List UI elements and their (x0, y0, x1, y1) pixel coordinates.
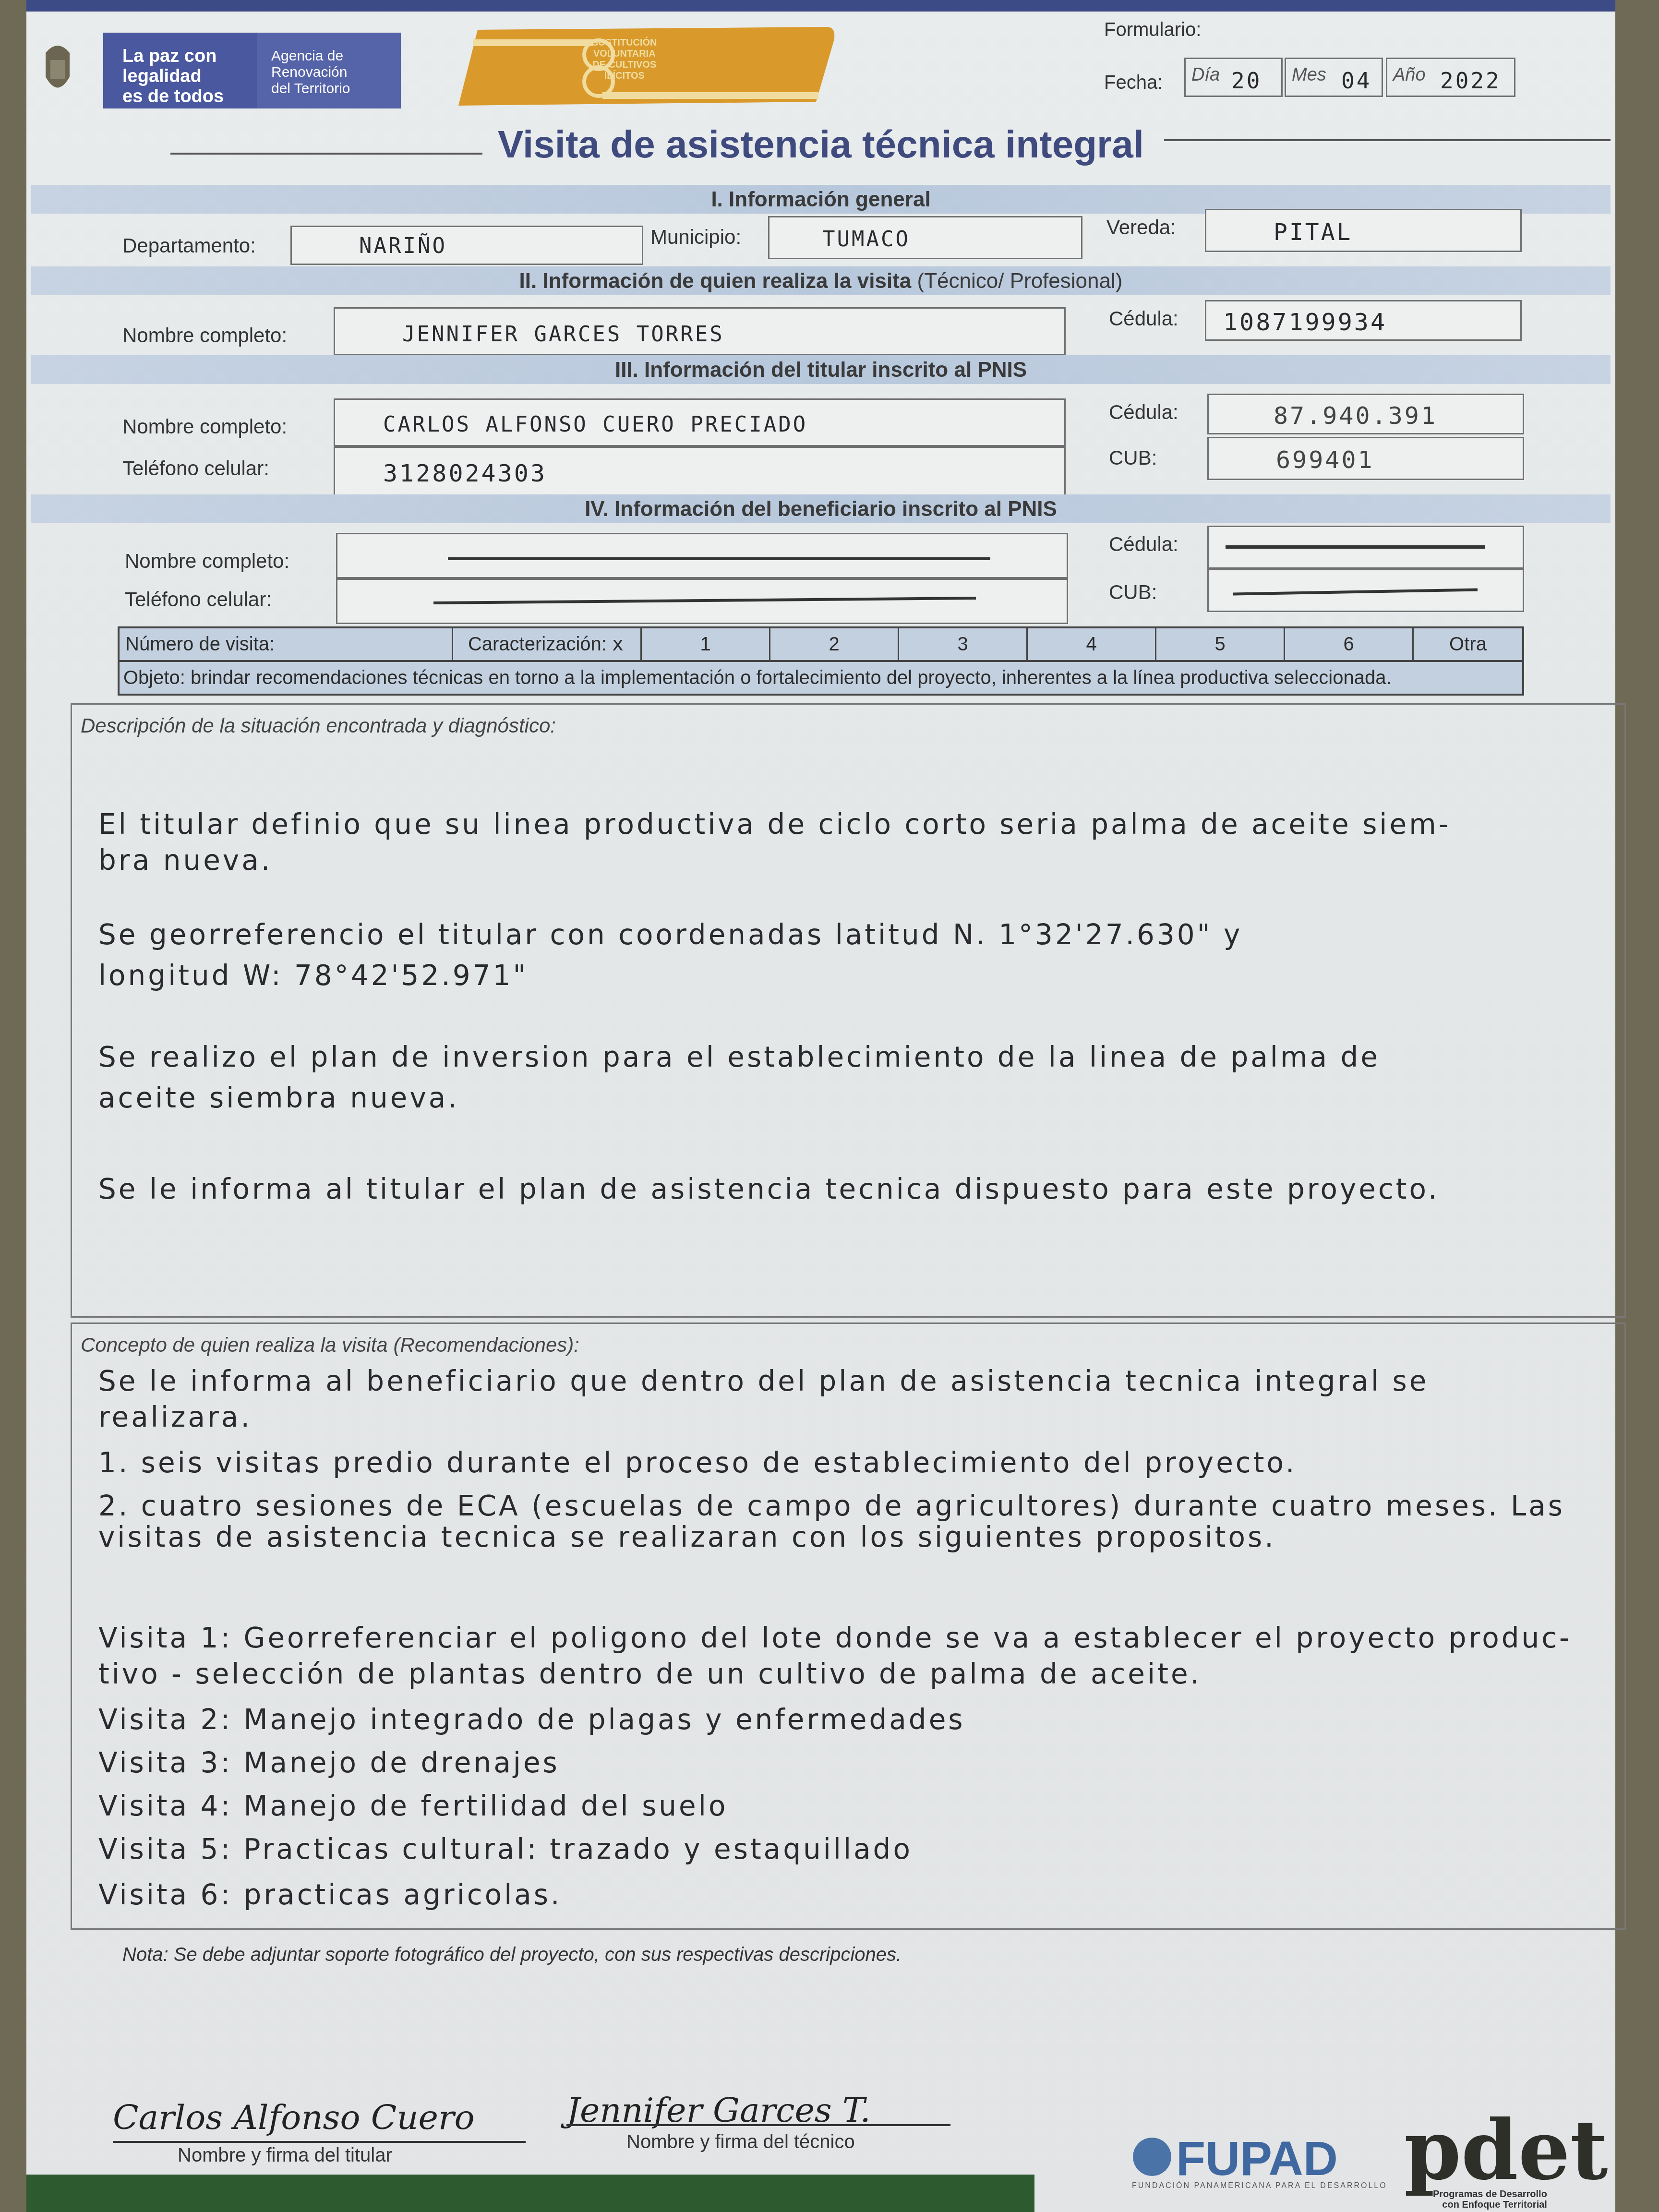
fupad-logo: FUPAD (1176, 2131, 1338, 2187)
titular-cub-field[interactable]: 699401 (1207, 437, 1524, 480)
recommendation-line: 1. seis visitas predio durante el proces… (98, 1446, 1297, 1479)
pdet-logo: pdet (1404, 2103, 1608, 2199)
section-2-header: II. Información de quien realiza la visi… (31, 266, 1611, 295)
beneficiario-nombre-field[interactable] (336, 533, 1068, 578)
beneficiario-cub-label: CUB: (1109, 581, 1157, 604)
tecnico-signature-line (566, 2124, 950, 2126)
recommendation-line: Se le informa al beneficiario que dentro… (98, 1365, 1429, 1397)
agency-line1: Agencia de (271, 48, 401, 64)
titular-nombre-label: Nombre completo: (122, 415, 287, 438)
recommendation-line: visitas de asistencia tecnica se realiza… (98, 1521, 1276, 1553)
description-line: aceite siembra nueva. (98, 1082, 459, 1114)
beneficiario-cub-field[interactable] (1207, 569, 1524, 612)
date-day-field[interactable]: Día 20 (1184, 58, 1283, 97)
page-title: Visita de asistencia técnica integral (26, 122, 1615, 167)
recommendations-section[interactable]: Concepto de quien realiza la visita (Rec… (71, 1322, 1626, 1930)
gov-slogan-line3: es de todos (122, 86, 257, 107)
vereda-label: Vereda: (1106, 216, 1176, 239)
titular-cedula-field[interactable]: 87.940.391 (1207, 394, 1524, 434)
title-rule-right (1164, 139, 1611, 141)
visit-option-caracterizacion[interactable]: Caracterización: x (453, 628, 642, 660)
titular-nombre-field[interactable]: CARLOS ALFONSO CUERO PRECIADO (334, 398, 1066, 446)
formulario-label: Formulario: (1104, 19, 1201, 41)
photo-note: Nota: Se debe adjuntar soporte fotográfi… (122, 1944, 902, 1966)
description-line: Se realizo el plan de inversion para el … (98, 1041, 1380, 1073)
departamento-field[interactable]: NARIÑO (290, 226, 643, 265)
recommendation-line: Visita 6: practicas agricolas. (98, 1878, 562, 1911)
caracterizacion-checkmark: x (612, 633, 625, 655)
titular-signature-line (113, 2141, 526, 2143)
beneficiario-telefono-field[interactable] (336, 578, 1068, 624)
visit-option-1[interactable]: 1 (642, 628, 770, 660)
recommendation-line: tivo - selección de plantas dentro de un… (98, 1658, 1202, 1690)
titular-telefono-label: Teléfono celular: (122, 457, 269, 480)
date-year-field[interactable]: Año 2022 (1386, 58, 1515, 97)
visit-option-4[interactable]: 4 (1028, 628, 1156, 660)
tecnico-signature-caption: Nombre y firma del técnico (626, 2131, 855, 2153)
description-line: El titular definio que su linea producti… (98, 808, 1451, 841)
visit-option-5[interactable]: 5 (1156, 628, 1285, 660)
gov-slogan-line2: legalidad (122, 66, 257, 86)
municipio-label: Municipio: (650, 226, 741, 249)
agency-line3: del Territorio (271, 81, 401, 97)
visit-option-6[interactable]: 6 (1285, 628, 1414, 660)
blank-strikeline (433, 597, 976, 604)
pnis-logo-text: SUSTITUCIÓN VOLUNTARIA DE CULTIVOS ILÍCI… (592, 37, 657, 82)
description-line: Se le informa al titular el plan de asis… (98, 1173, 1439, 1205)
section-3-header: III. Información del titular inscrito al… (31, 355, 1611, 384)
titular-signature: Carlos Alfonso Cuero (113, 2098, 475, 2137)
recommendation-line: Visita 4: Manejo de fertilidad del suelo (98, 1790, 728, 1822)
recommendation-line: Visita 5: Practicas cultural: trazado y … (98, 1833, 913, 1865)
agency-line2: Renovación (271, 64, 401, 81)
pdet-subtitle: Programas de Desarrollo con Enfoque Terr… (1433, 2189, 1547, 2210)
beneficiario-cedula-field[interactable] (1207, 526, 1524, 569)
section-4-header: IV. Información del beneficiario inscrit… (31, 494, 1611, 523)
top-band (26, 0, 1615, 12)
form-paper: La paz con legalidad es de todos Agencia… (26, 0, 1615, 2212)
fupad-subtitle: FUNDACIÓN PANAMERICANA PARA EL DESARROLL… (1132, 2182, 1387, 2190)
tecnico-nombre-label: Nombre completo: (122, 324, 287, 347)
description-section[interactable]: Descripción de la situación encontrada y… (71, 703, 1626, 1318)
beneficiario-nombre-label: Nombre completo: (125, 550, 289, 573)
visit-number-row: Número de visita: Caracterización: x 1 2… (120, 628, 1522, 662)
titular-signature-caption: Nombre y firma del titular (178, 2145, 392, 2166)
globe-icon (1133, 2138, 1171, 2176)
vereda-field[interactable]: PITAL (1205, 209, 1522, 252)
description-line: bra nueva. (98, 844, 272, 877)
tecnico-cedula-field[interactable]: 1087199934 (1205, 300, 1522, 341)
titular-cedula-label: Cédula: (1109, 401, 1178, 424)
tecnico-cedula-label: Cédula: (1109, 307, 1178, 330)
recommendation-line: realizara. (98, 1401, 252, 1433)
objeto-text: Objeto: brindar recomendaciones técnicas… (120, 662, 1522, 694)
description-line: longitud W: 78°42'52.971" (98, 959, 528, 992)
visit-option-2[interactable]: 2 (770, 628, 899, 660)
titular-cub-label: CUB: (1109, 446, 1157, 469)
blank-strikeline (1226, 545, 1485, 549)
beneficiario-telefono-label: Teléfono celular: (125, 588, 272, 611)
recommendations-title: Concepto de quien realiza la visita (Rec… (81, 1334, 579, 1357)
titular-telefono-field[interactable]: 3128024303 (334, 446, 1066, 497)
blank-strikeline (448, 557, 990, 560)
recommendation-line: Visita 1: Georreferenciar el poligono de… (98, 1622, 1572, 1654)
footer-green-band (26, 2175, 1034, 2212)
blank-strikeline (1233, 589, 1478, 596)
departamento-label: Departamento: (122, 234, 256, 257)
description-line: Se georreferencio el titular con coorden… (98, 918, 1242, 951)
visit-number-label: Número de visita: (120, 628, 453, 660)
gov-logo: La paz con legalidad es de todos Agencia… (103, 33, 401, 108)
gov-slogan-line1: La paz con (122, 46, 257, 66)
recommendation-line: Visita 3: Manejo de drenajes (98, 1746, 560, 1779)
fecha-label: Fecha: (1104, 72, 1163, 94)
visit-option-3[interactable]: 3 (899, 628, 1028, 660)
colombia-coat-of-arms-icon (41, 38, 74, 101)
date-month-field[interactable]: Mes 04 (1285, 58, 1383, 97)
tecnico-nombre-field[interactable]: JENNIFER GARCES TORRES (334, 307, 1066, 355)
visit-number-table: Número de visita: Caracterización: x 1 2… (118, 626, 1524, 696)
recommendation-line: Visita 2: Manejo integrado de plagas y e… (98, 1703, 965, 1736)
recommendation-line: 2. cuatro sesiones de ECA (escuelas de c… (98, 1490, 1565, 1522)
description-title: Descripción de la situación encontrada y… (81, 714, 556, 737)
visit-option-otra[interactable]: Otra (1414, 628, 1522, 660)
beneficiario-cedula-label: Cédula: (1109, 533, 1178, 556)
municipio-field[interactable]: TUMACO (768, 216, 1082, 259)
